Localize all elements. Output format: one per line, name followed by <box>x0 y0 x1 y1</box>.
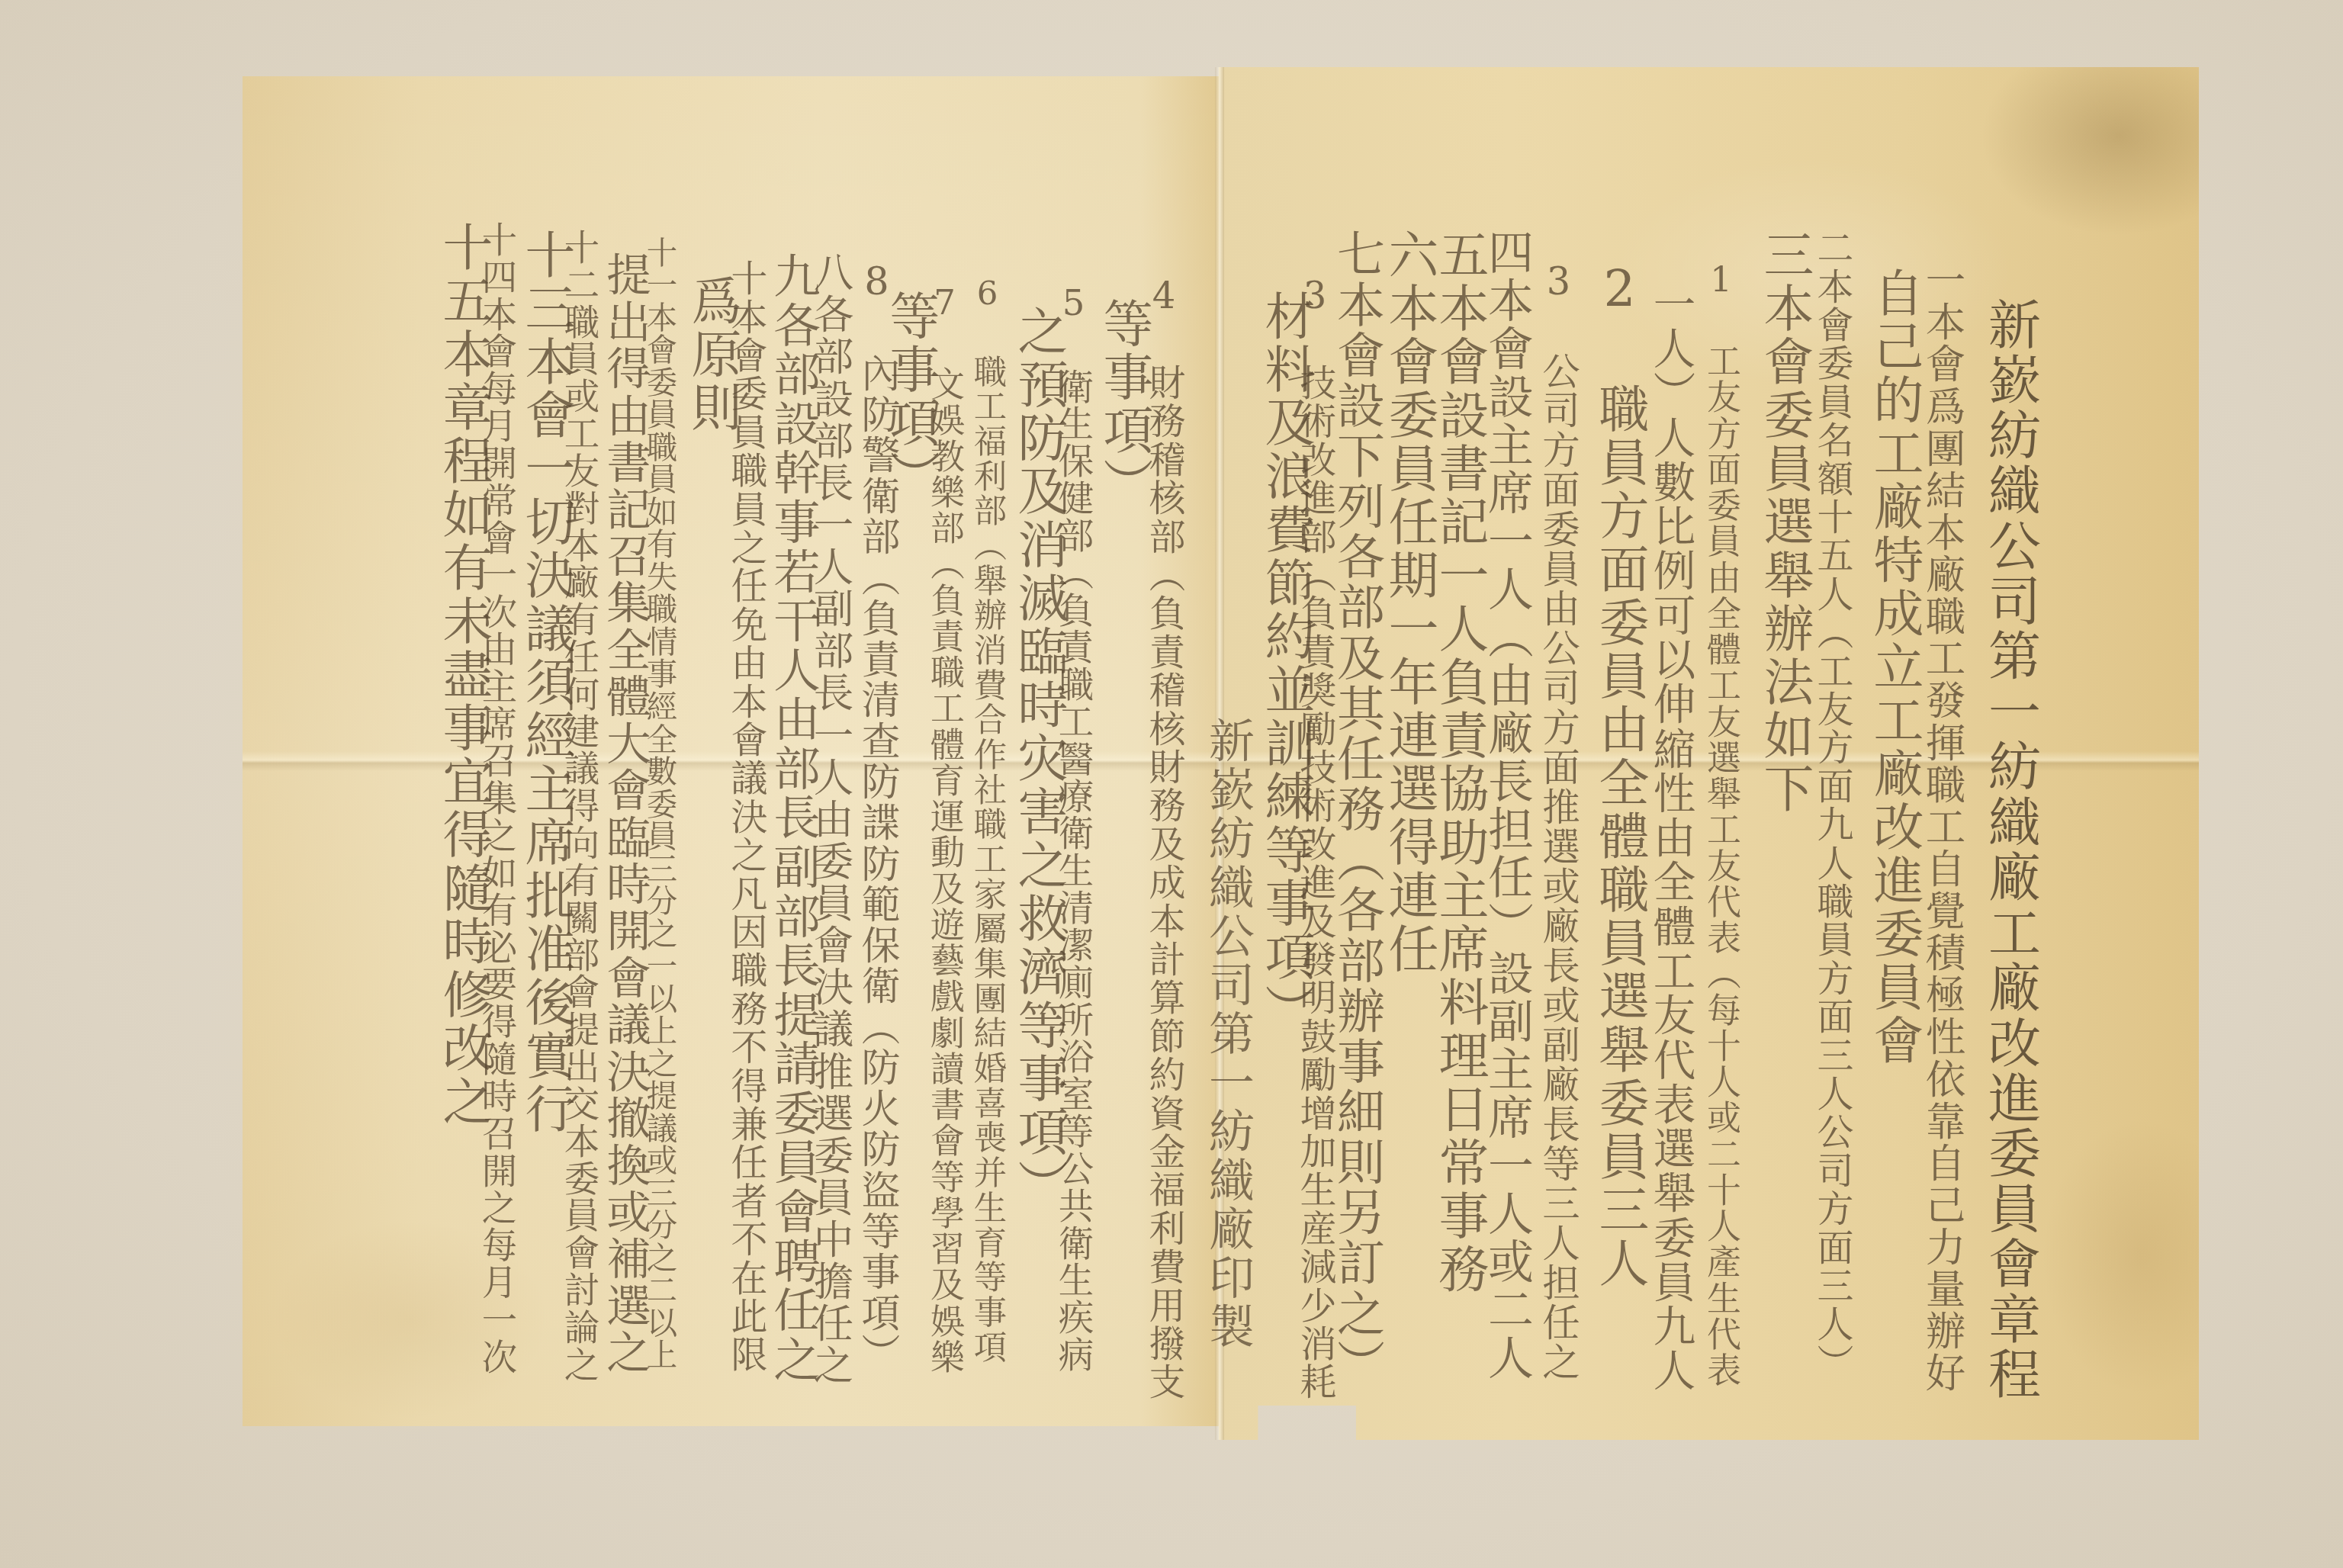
text-column: 三本會委員選舉辦法如下 <box>1759 229 1809 816</box>
text-column: 一本會爲團結本廠職工發揮職工自覺積極性依靠自己力量辦好 <box>1922 259 1962 1394</box>
text-column: 8 內防警衛部（負責清查防諜防範保衛（防火防盜等事項） <box>857 259 896 1374</box>
text-column: 材料及浪費節約並訓練等事項） <box>1260 290 1310 1037</box>
paper-stain <box>2042 1120 2199 1394</box>
text-column: 六本會委員任期一年連選得連任 <box>1384 229 1434 976</box>
text-column: 爲原則 <box>686 275 737 435</box>
text-column: 二本會委員名額十五人（工友方面九人職員方面三人公司方面三人） <box>1814 229 1850 1382</box>
text-column: 四本會設主席一人（由廠長担任）設副主席一人或二人 <box>1484 229 1530 1382</box>
text-column: 提出得由書記召集全體大會臨時開會議決撤換或補選之 <box>603 252 648 1376</box>
text-column: 自己的工廠特成立工廠改進委員會 <box>1869 267 1919 1068</box>
document-signature: 新嶔紡織公司第一紡織廠印製 <box>1205 717 1251 1351</box>
text-column: 2 職員方面委員由全體職員選舉委員三人 <box>1594 259 1644 1290</box>
text-column: 之預防及消滅臨時灾害之救濟等事項） <box>1013 305 1063 1213</box>
text-column: 十三本會一切決議須經主席批准後實行 <box>520 229 570 1136</box>
text-column: 一人）人數比例可以伸縮性由全體工友代表選舉委員九人 <box>1649 282 1692 1393</box>
text-column: 七本會設下列各部及其任務（各部辦事細則另訂之） <box>1333 229 1381 1389</box>
text-column: 十五本章程如有未盡事宜得隨時修改之 <box>438 221 488 1129</box>
text-column: 3 公司方面委員由公司方面推選或廠長或副廠長等三人担任之 <box>1539 259 1577 1382</box>
text-column: 1 工友方面委員由全體工友選舉工友代表（每十人或二十人產生代表 <box>1704 259 1738 1389</box>
paper-stain <box>1981 67 2199 235</box>
text-column: 等事項） <box>1098 297 1149 511</box>
text-column: 九各部設幹事若干人由部長副部長提請委員會聘任之 <box>769 252 816 1384</box>
text-column: 五本會設書記一人負責協助主席料理日常事務 <box>1434 229 1484 1296</box>
text-column: 6 職工福利部（舉辦消費合作社職工家屬集團結婚喜喪并生育等事項 <box>970 275 1004 1364</box>
document-title: 新嶔紡織公司第一紡織廠工廠改進委員會章程 <box>1983 297 2036 1403</box>
